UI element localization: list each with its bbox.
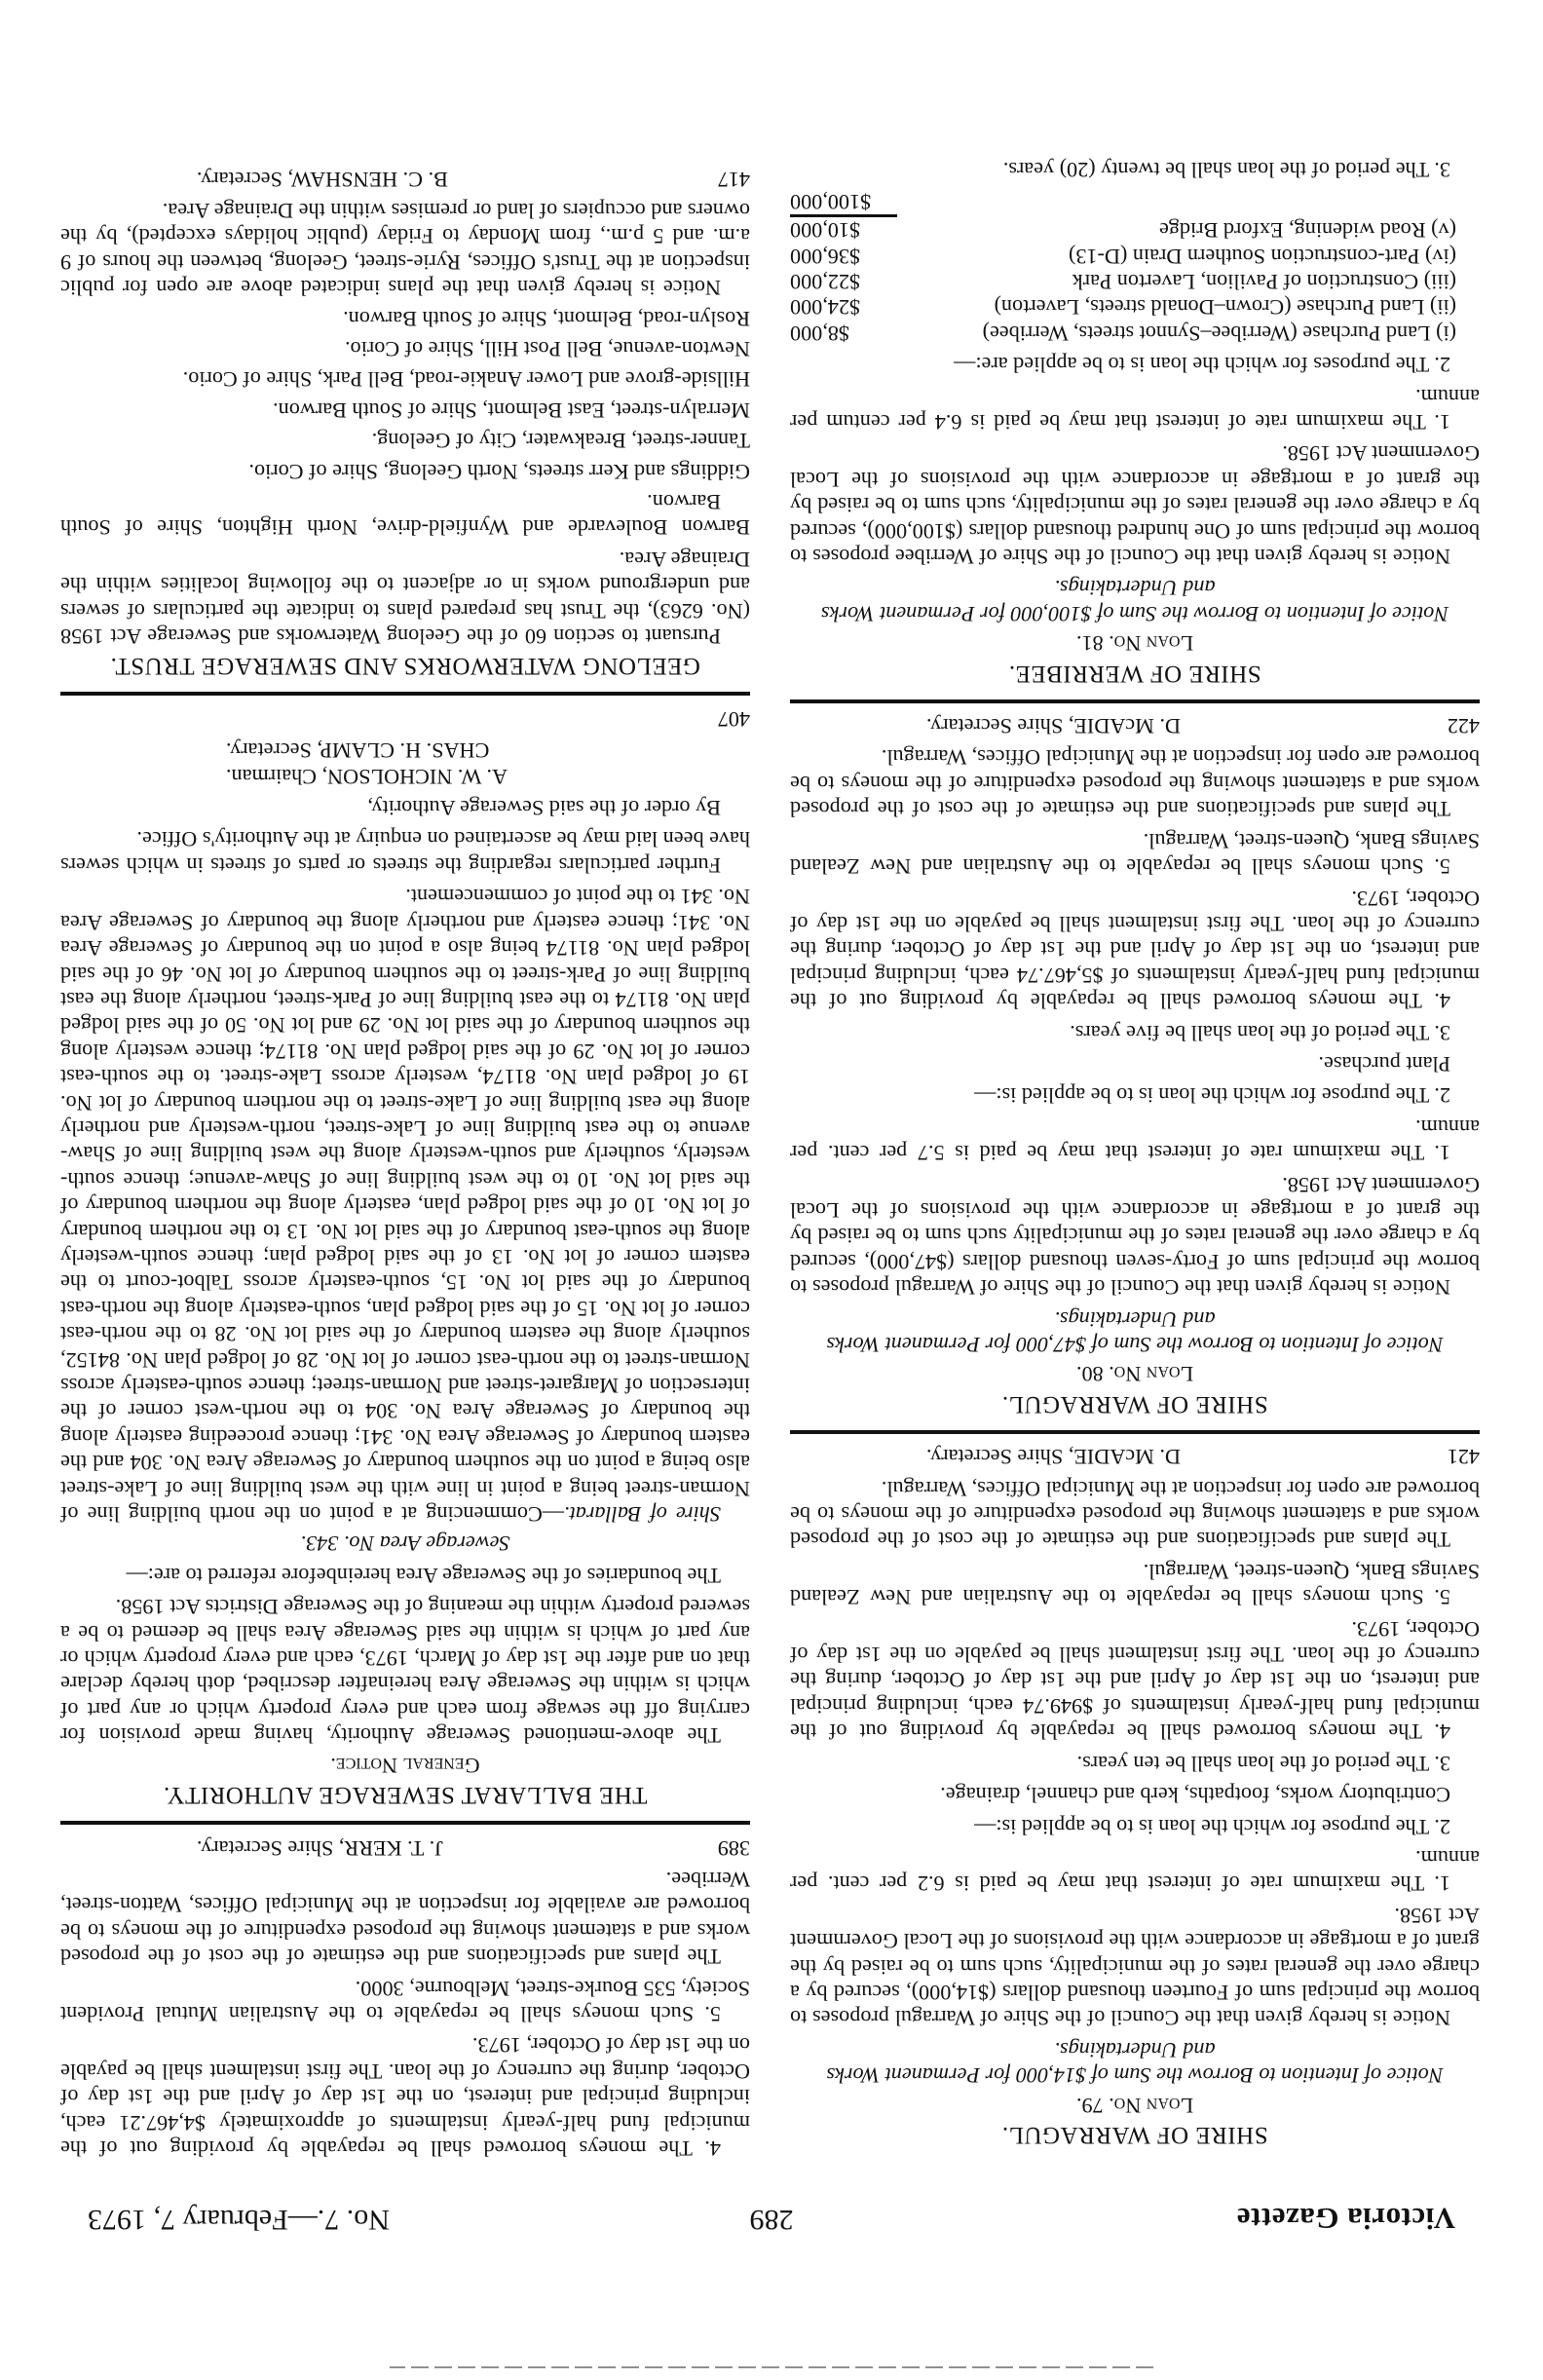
purpose-label: (iii) Construction of Pavilion, Laverton… <box>887 269 1456 294</box>
notice-intro: Notice is hereby given that the Council … <box>790 1902 1480 2030</box>
total-amount: $100,000 <box>790 188 897 216</box>
purpose-amount: $10,000 <box>790 217 887 243</box>
notice-intro: The above-mentioned Sewerage Authority, … <box>60 1594 750 1748</box>
purpose-item: (v) Road widening, Exford Bridge $10,000 <box>790 217 1456 243</box>
secretary-signatory: CHAS. H. CLAMP, Secretary. <box>60 737 750 763</box>
locality: Tanner-street, Breakwater, City of Geelo… <box>60 428 750 453</box>
notice-title: SHIRE OF WERRIBEE. <box>790 660 1480 685</box>
signatory: J. T. KERR, Shire Secretary. <box>60 1834 443 1860</box>
locality: Merralyn-street, East Belmont, Shire of … <box>60 397 750 422</box>
notice-ballarat-sewerage: THE BALLARAT SEWERAGE AUTHORITY. General… <box>60 705 750 1807</box>
signature-block: 421 D. McADIE, Shire Secretary. <box>790 1444 1480 1469</box>
loan-number: Loan No. 79. <box>790 2092 1480 2117</box>
purpose-amount: $8,000 <box>790 320 887 345</box>
notice-werribee-loan-81-continued: 4. The moneys borrowed shall be repayabl… <box>60 1834 750 2161</box>
by-order: By order of the said Sewerage Authority, <box>60 795 750 820</box>
clause-1: 1. The maximum rate of interest that may… <box>790 1845 1480 1897</box>
clause-5: 5. Such moneys shall be repayable to the… <box>790 827 1480 879</box>
clause-4: 4. The moneys borrowed shall be repayabl… <box>790 1615 1480 1744</box>
clause-1: 1. The maximum rate of interest that may… <box>790 1114 1480 1165</box>
clause-2-detail: Contributory works, footpaths, kerb and … <box>790 1782 1450 1807</box>
page-header: Victoria Gazette 289 No. 7.—February 7, … <box>88 2187 1455 2236</box>
notice-geelong-trust: GEELONG WATERWORKS AND SEWERAGE TRUST. P… <box>60 166 750 678</box>
notice-heading: Notice of Intention to Borrow the Sum of… <box>819 1305 1450 1357</box>
purpose-item: (iv) Part-construction Southern Drain (D… <box>790 243 1456 268</box>
signatory: B. C. HENSHAW, Secretary. <box>60 166 448 191</box>
notice-title: GEELONG WATERWORKS AND SEWERAGE TRUST. <box>60 653 750 678</box>
purpose-label: (i) Land Purchase (Werribee–Synnot stree… <box>887 320 1456 345</box>
clause-4: 4. The moneys borrowed shall be repayabl… <box>60 2032 750 2161</box>
clause-4: 4. The moneys borrowed shall be repayabl… <box>790 885 1480 1013</box>
purpose-label: (v) Road widening, Exford Bridge <box>887 217 1456 243</box>
notice-title: SHIRE OF WARRAGUL. <box>790 2122 1480 2147</box>
signatory: D. McADIE, Shire Secretary. <box>790 713 1181 738</box>
clause-3: 3. The period of the loan shall be ten y… <box>790 1750 1480 1775</box>
purpose-amount: $36,000 <box>790 243 887 268</box>
signature-block: 422 D. McADIE, Shire Secretary. <box>790 713 1480 738</box>
clause-3: 3. The period of the loan shall be twent… <box>790 157 1480 182</box>
notice-werribee-loan-81: SHIRE OF WERRIBEE. Loan No. 81. Notice o… <box>790 157 1480 686</box>
purposes-total: $100,000 <box>790 188 1456 216</box>
purpose-amount: $22,000 <box>790 269 887 294</box>
purpose-item: (i) Land Purchase (Werribee–Synnot stree… <box>790 320 1456 345</box>
reference-number: 422 <box>1448 713 1480 738</box>
locality: Roslyn-road, Belmont, Shire of South Bar… <box>60 305 750 330</box>
purpose-amount: $24,000 <box>790 294 887 320</box>
chairman-signatory: A. W. NICHOLSON, Chairman. <box>60 763 750 788</box>
purpose-label: (iv) Part-construction Southern Drain (D… <box>887 243 1456 268</box>
clause-3: 3. The period of the loan shall be five … <box>790 1019 1480 1044</box>
loan-number: Loan No. 81. <box>790 630 1480 656</box>
purpose-label: (ii) Land Purchase (Crown–Donald streets… <box>887 294 1456 320</box>
signature-block: 407 <box>60 705 750 731</box>
section-divider <box>790 1430 1480 1434</box>
locality: Newton-avenue, Bell Post Hill, Shire of … <box>60 336 750 361</box>
notice-intro: Notice is hereby given that the Council … <box>790 440 1480 569</box>
section-divider <box>60 1821 750 1825</box>
inspection-notice: Notice is hereby given that the plans in… <box>60 198 750 301</box>
section-divider <box>60 692 750 696</box>
reference-number: 389 <box>718 1834 750 1860</box>
reference-number: 417 <box>718 166 750 191</box>
locality: Hillside-grove and Lower Anakie-road, Be… <box>60 366 750 392</box>
signatory: D. McADIE, Shire Secretary. <box>790 1444 1181 1469</box>
clause-2: 2. The purpose for which the loan is to … <box>790 1813 1480 1838</box>
reference-number: 407 <box>718 705 750 731</box>
notice-title: SHIRE OF WARRAGUL. <box>790 1390 1480 1416</box>
boundary-description: Shire of Ballarat.—Commencing at a point… <box>60 884 750 1527</box>
boundaries-intro: The boundaries of the Sewerage Area here… <box>60 1562 750 1587</box>
clause-2: 2. The purposes for which the loan is to… <box>790 352 1480 377</box>
plans-statement: The plans and specifications and the est… <box>60 1867 750 1970</box>
locality: Barwon Boulevarde and Wynfield-drive, No… <box>60 489 750 541</box>
reference-number: 421 <box>1448 1444 1480 1469</box>
signature-block: 389 J. T. KERR, Shire Secretary. <box>60 1834 750 1860</box>
notice-subtitle: General Notice. <box>60 1752 750 1777</box>
scan-edge-mark <box>390 2366 1153 2368</box>
section-divider <box>790 699 1480 703</box>
gazette-page: Victoria Gazette 289 No. 7.—February 7, … <box>0 0 1543 2380</box>
issue-date: No. 7.—February 7, 1973 <box>88 2203 390 2236</box>
purpose-item: (ii) Land Purchase (Crown–Donald streets… <box>790 294 1456 320</box>
plans-statement: The plans and specifications and the est… <box>790 1475 1480 1552</box>
notice-intro: Notice is hereby given that the Council … <box>790 1171 1480 1300</box>
purposes-list: (i) Land Purchase (Werribee–Synnot stree… <box>790 188 1456 345</box>
description-lead: Shire of Ballarat. <box>564 1502 721 1527</box>
further-particulars: Further particulars regarding the street… <box>60 826 750 878</box>
notice-intro: Pursuant to section 60 of the Geelong Wa… <box>60 546 750 649</box>
signature-block: 417 B. C. HENSHAW, Secretary. <box>60 166 750 191</box>
clause-1: 1. The maximum rate of interest that may… <box>790 383 1480 434</box>
notice-heading: Notice of Intention to Borrow the Sum of… <box>819 575 1450 626</box>
loan-number: Loan No. 80. <box>790 1361 1480 1386</box>
locality: Giddings and Kerr streets, North Geelong… <box>60 458 750 483</box>
plans-statement: The plans and specifications and the est… <box>790 744 1480 821</box>
clause-2-detail: Plant purchase. <box>790 1051 1450 1077</box>
area-heading: Sewerage Area No. 343. <box>60 1530 750 1556</box>
notice-warragul-loan-80: SHIRE OF WARRAGUL. Loan No. 80. Notice o… <box>790 713 1480 1417</box>
notice-title: THE BALLARAT SEWERAGE AUTHORITY. <box>60 1782 750 1807</box>
clause-5: 5. Such moneys shall be repayable to the… <box>60 1975 750 2026</box>
notice-warragul-loan-79: SHIRE OF WARRAGUL. Loan No. 79. Notice o… <box>790 1444 1480 2147</box>
description-text: —Commencing at a point on the north buil… <box>60 885 750 1527</box>
purpose-item: (iii) Construction of Pavilion, Laverton… <box>790 269 1456 294</box>
clause-2: 2. The purpose for which the loan is to … <box>790 1082 1480 1108</box>
column-right: 4. The moneys borrowed shall be repayabl… <box>60 158 750 2161</box>
column-left: SHIRE OF WARRAGUL. Loan No. 79. Notice o… <box>790 151 1480 2161</box>
clause-5: 5. Such moneys shall be repayable to the… <box>790 1558 1480 1609</box>
notice-heading: Notice of Intention to Borrow the Sum of… <box>819 2036 1450 2088</box>
